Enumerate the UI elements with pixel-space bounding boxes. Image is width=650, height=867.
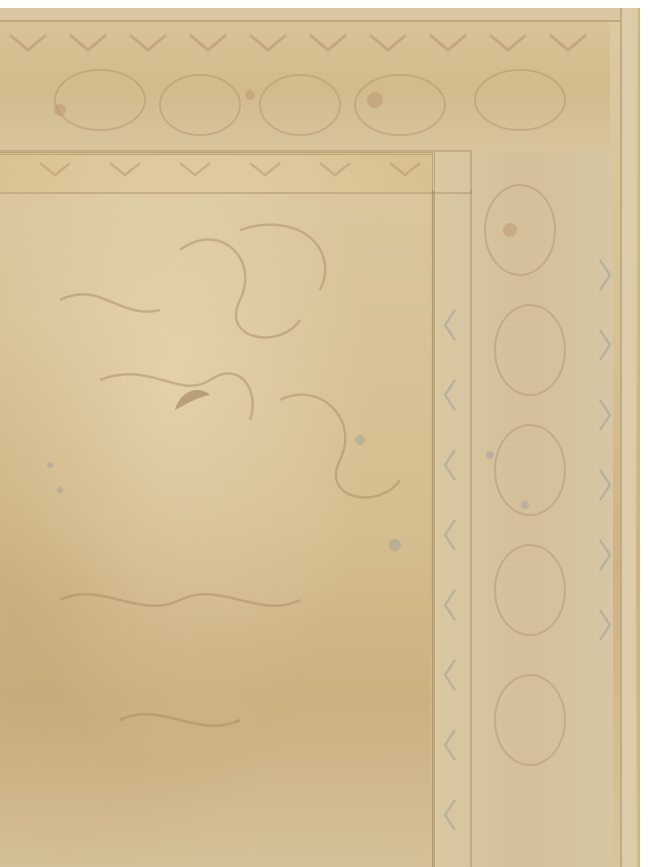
rug-motifs [0,0,650,867]
